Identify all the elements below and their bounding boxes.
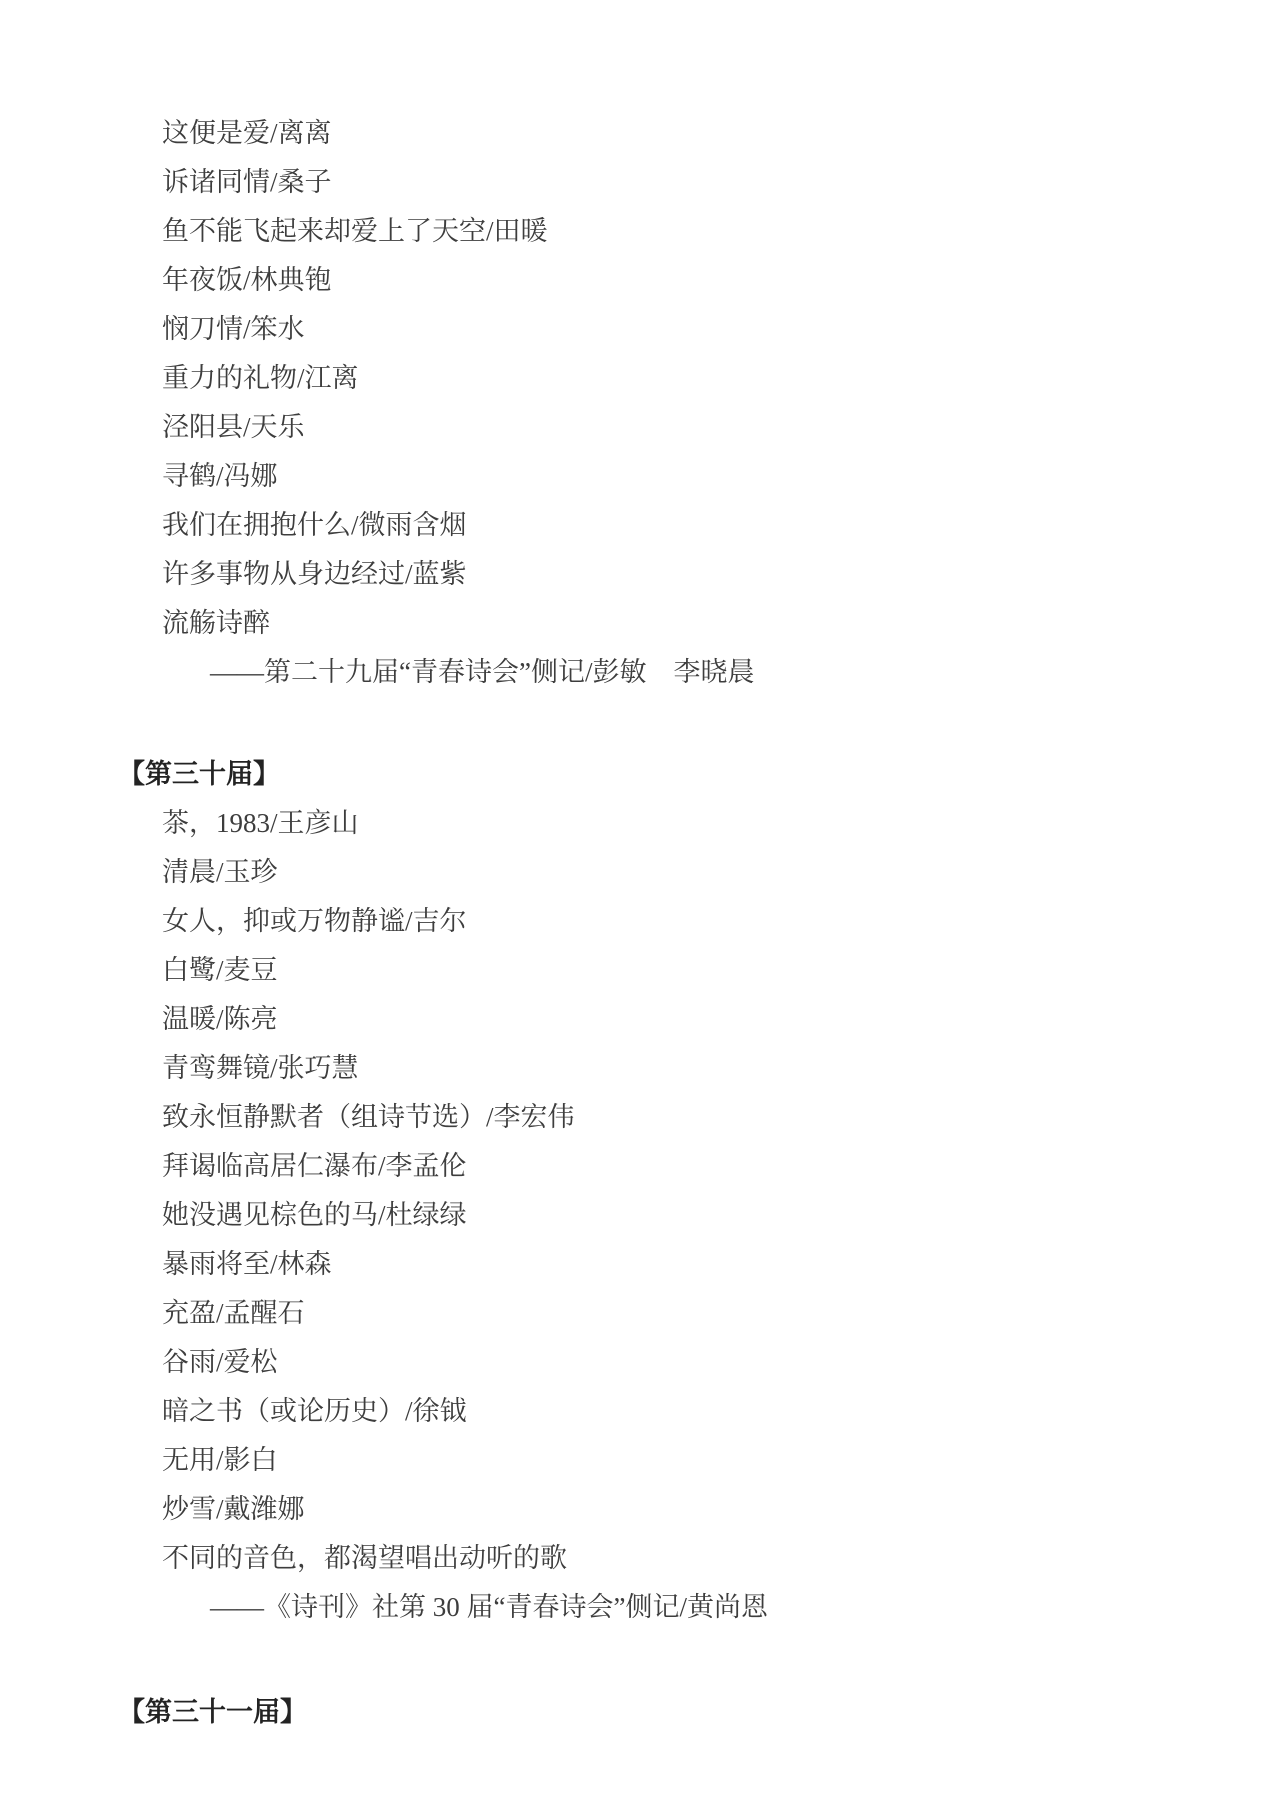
toc-entry: 温暖/陈亮 <box>0 995 1280 1044</box>
toc-entry: 这便是爱/离离 <box>0 109 1280 158</box>
section-header: 【第三十一届】 <box>0 1688 1280 1737</box>
toc-entry: 鱼不能飞起来却爱上了天空/田暖 <box>0 207 1280 256</box>
toc-entry: 许多事物从身边经过/蓝紫 <box>0 550 1280 599</box>
toc-entry: 茶，1983/王彦山 <box>0 799 1280 848</box>
toc-entry: 女人，抑或万物静谧/吉尔 <box>0 897 1280 946</box>
toc-entry: 无用/影白 <box>0 1436 1280 1485</box>
toc-entry: 重力的礼物/江离 <box>0 354 1280 403</box>
byline-entry: ——第二十九届“青春诗会”侧记/彭敏 李晓晨 <box>0 648 1280 697</box>
section-header: 【第三十届】 <box>0 750 1280 799</box>
toc-entry: 泾阳县/天乐 <box>0 403 1280 452</box>
byline-entry: ——《诗刊》社第 30 届“青春诗会”侧记/黄尚恩 <box>0 1583 1280 1632</box>
toc-entry: 炒雪/戴潍娜 <box>0 1485 1280 1534</box>
document-page: 这便是爱/离离诉诸同情/桑子鱼不能飞起来却爱上了天空/田暖年夜饭/林典铇悯刀情/… <box>0 0 1280 1809</box>
toc-section: 【第三十届】茶，1983/王彦山清晨/玉珍女人，抑或万物静谧/吉尔白鹭/麦豆温暖… <box>0 750 1280 1632</box>
toc-entry: 她没遇见棕色的马/杜绿绿 <box>0 1191 1280 1240</box>
toc-section: 这便是爱/离离诉诸同情/桑子鱼不能飞起来却爱上了天空/田暖年夜饭/林典铇悯刀情/… <box>0 109 1280 697</box>
toc-entry: 白鹭/麦豆 <box>0 946 1280 995</box>
toc-entry: 青鸾舞镜/张巧慧 <box>0 1044 1280 1093</box>
toc-entry: 不同的音色，都渴望唱出动听的歌 <box>0 1534 1280 1583</box>
toc-entry: 我们在拥抱什么/微雨含烟 <box>0 501 1280 550</box>
toc-entry: 谷雨/爱松 <box>0 1338 1280 1387</box>
toc-entry: 暗之书（或论历史）/徐钺 <box>0 1387 1280 1436</box>
toc-entry: 充盈/孟醒石 <box>0 1289 1280 1338</box>
toc-section: 【第三十一届】 <box>0 1688 1280 1737</box>
toc-list: 这便是爱/离离诉诸同情/桑子鱼不能飞起来却爱上了天空/田暖年夜饭/林典铇悯刀情/… <box>0 0 1280 1737</box>
toc-entry: 清晨/玉珍 <box>0 848 1280 897</box>
toc-entry: 诉诸同情/桑子 <box>0 158 1280 207</box>
toc-entry: 寻鹤/冯娜 <box>0 452 1280 501</box>
toc-entry: 流觞诗醉 <box>0 599 1280 648</box>
toc-entry: 致永恒静默者（组诗节选）/李宏伟 <box>0 1093 1280 1142</box>
toc-entry: 拜谒临高居仁瀑布/李孟伦 <box>0 1142 1280 1191</box>
toc-entry: 暴雨将至/林森 <box>0 1240 1280 1289</box>
toc-entry: 悯刀情/笨水 <box>0 305 1280 354</box>
toc-entry: 年夜饭/林典铇 <box>0 256 1280 305</box>
